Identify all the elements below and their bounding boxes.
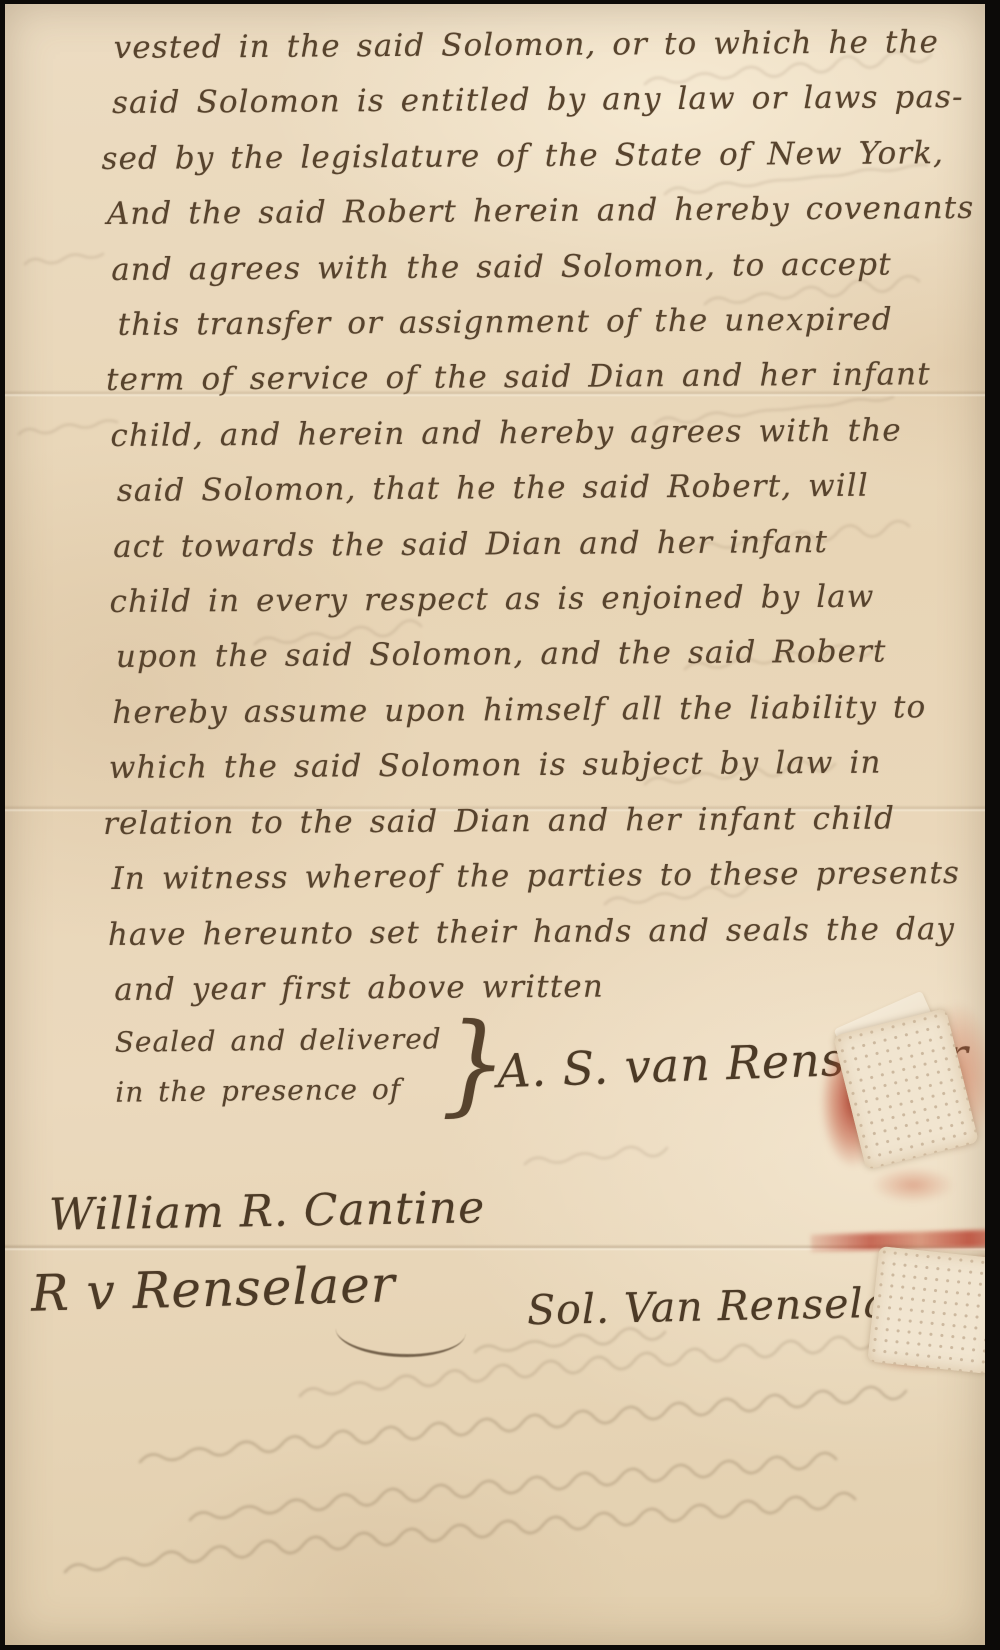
manuscript-page: vested in the said Solomon, or to which …	[5, 4, 985, 1645]
attestation-line: Sealed and delivered	[114, 1014, 442, 1067]
manuscript-line: and agrees with the said Solomon, to acc…	[111, 237, 955, 298]
signature-witness-renselaer: R v Renselaer	[30, 1255, 396, 1323]
wax-wafer-seal-top	[818, 994, 985, 1209]
manuscript-line: have hereunto set their hands and seals …	[108, 902, 960, 963]
attestation-clause: Sealed and delivered in the presence of	[114, 1014, 442, 1117]
manuscript-line: sed by the legislature of the State of N…	[101, 126, 954, 187]
manuscript-line: which the said Solomon is subject by law…	[109, 735, 959, 796]
signature-flourish	[334, 1322, 466, 1362]
manuscript-line: child in every respect as is enjoined by…	[109, 569, 957, 630]
red-wax-smear	[811, 1229, 985, 1252]
red-wax-blob	[959, 1250, 985, 1362]
signature-solomon-van-renselaer: Sol. Van Renselaer	[527, 1278, 936, 1335]
manuscript-line: and year first above written	[114, 957, 960, 1018]
manuscript-line: And the said Robert herein and hereby co…	[107, 181, 955, 242]
red-wax-blob	[858, 1161, 968, 1209]
photo-background: { "manuscript": { "description": "handwr…	[0, 0, 1000, 1650]
manuscript-line: relation to the said Dian and her infant…	[103, 791, 959, 852]
signature-principal: A. S. van Renselaer	[496, 1028, 970, 1098]
manuscript-line: said Solomon is entitled by any law or l…	[112, 70, 954, 131]
manuscript-line: hereby assume upon himself all the liabi…	[112, 680, 958, 741]
manuscript-line: act towards the said Dian and her infant	[113, 514, 957, 575]
manuscript-line: said Solomon, that he the said Robert, w…	[117, 458, 957, 519]
manuscript-line: this transfer or assignment of the unexp…	[117, 292, 955, 353]
manuscript-line: vested in the said Solomon, or to which …	[114, 15, 954, 76]
fold-crease	[5, 1244, 985, 1251]
manuscript-body-text: vested in the said Solomon, or to which …	[114, 15, 961, 1018]
signature-witness-cantine: William R. Cantine	[49, 1182, 486, 1241]
attestation-line: in the presence of	[115, 1064, 443, 1117]
manuscript-line: In witness whereof the parties to these …	[111, 846, 959, 907]
manuscript-line: child, and herein and hereby agrees with…	[110, 403, 956, 464]
manuscript-line: term of service of the said Dian and her…	[106, 348, 956, 409]
manuscript-line: upon the said Solomon, and the said Robe…	[116, 625, 958, 686]
red-wax-blob	[857, 1342, 977, 1376]
